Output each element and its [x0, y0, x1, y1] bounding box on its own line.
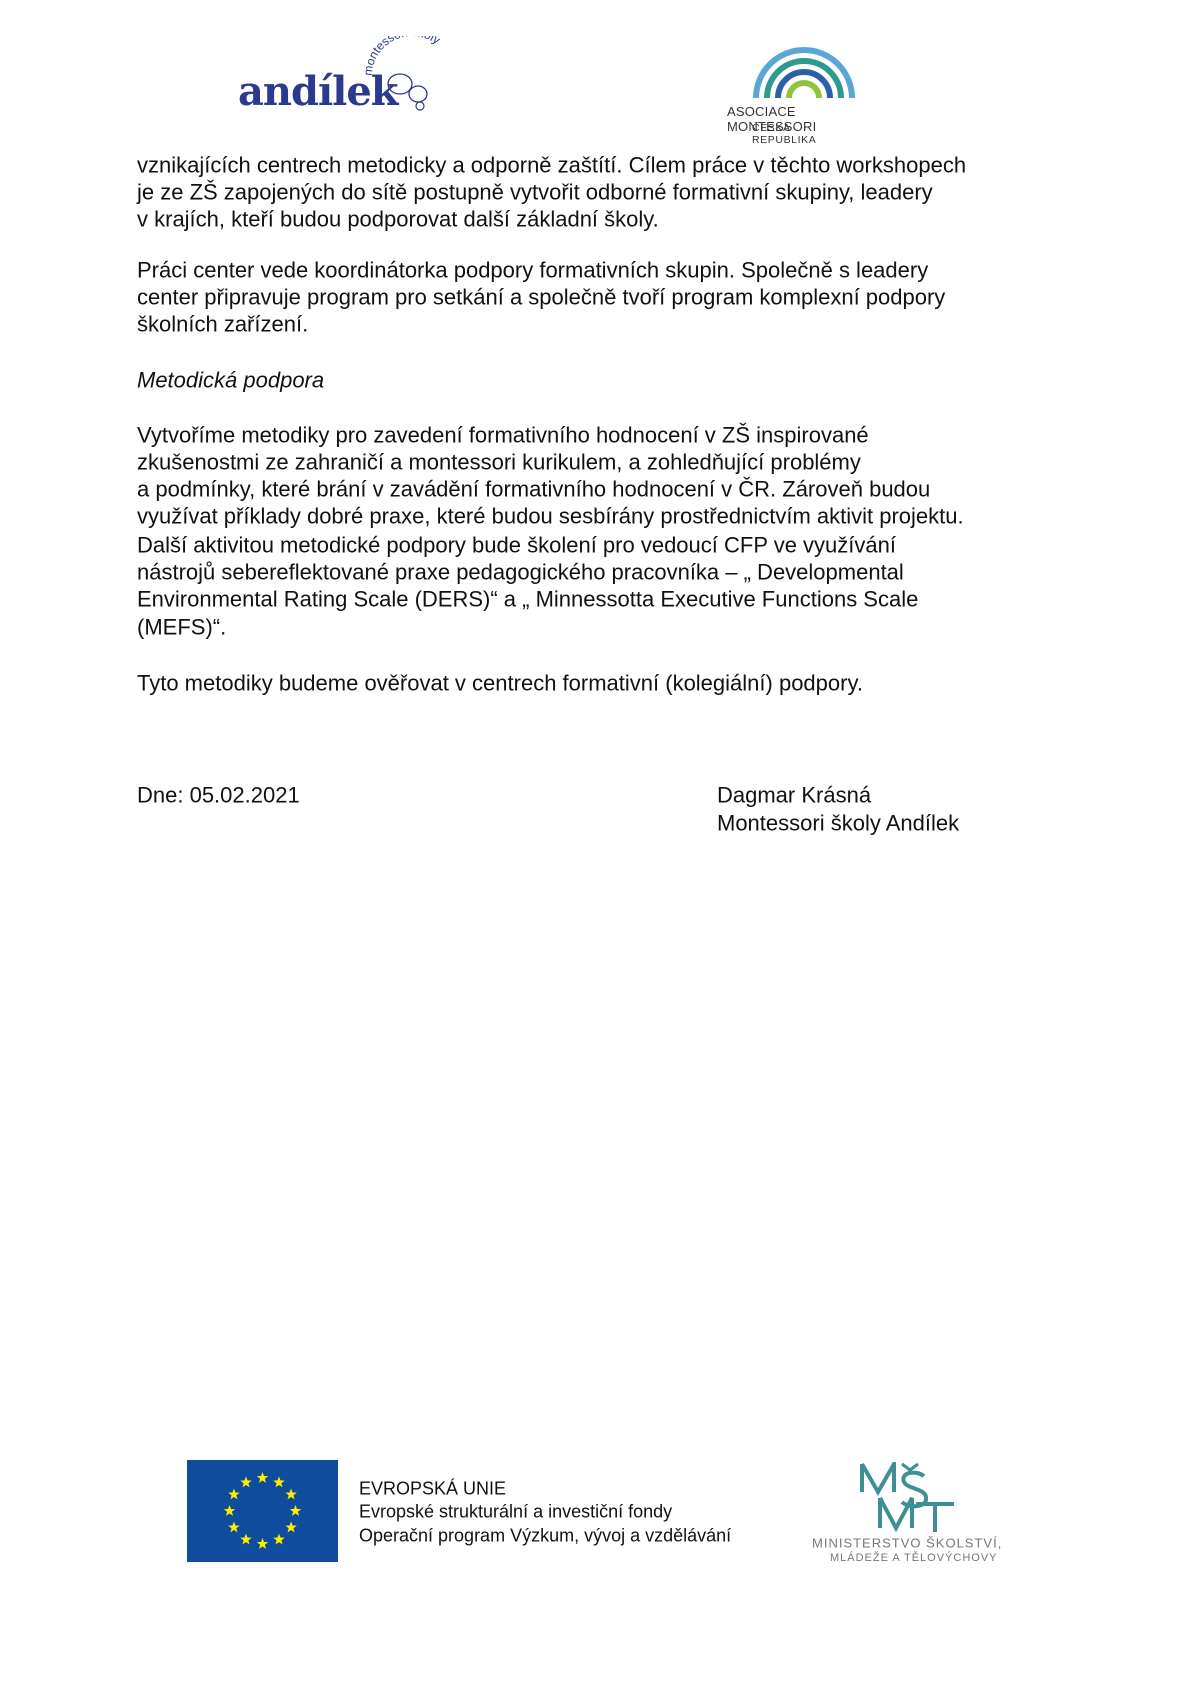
- paragraph-3-line: Environmental Rating Scale (DERS)“ a „ M…: [137, 586, 918, 613]
- eu-line2: Evropské strukturální a investiční fondy: [359, 1502, 672, 1523]
- paragraph-4: Tyto metodiky budeme ověřovat v centrech…: [137, 670, 863, 697]
- paragraph-2-line: Práci center vede koordinátorka podpory …: [137, 257, 928, 284]
- paragraph-1-line: je ze ZŠ zapojených do sítě postupně vyt…: [137, 179, 933, 206]
- paragraph-3-line: Vytvoříme metodiky pro zavedení formativ…: [137, 422, 869, 449]
- paragraph-3-line: zkušenostmi ze zahraničí a montessori ku…: [137, 449, 861, 476]
- paragraph-1-line: vznikajících centrech metodicky a odporn…: [137, 152, 966, 179]
- angel-icon: montessori školy: [360, 36, 470, 126]
- signature-name: Dagmar Krásná: [717, 782, 871, 809]
- eu-flag-icon: [187, 1460, 338, 1562]
- msmt-logo-icon: [858, 1462, 958, 1534]
- msmt-line1: MINISTERSTVO ŠKOLSTVÍ,: [812, 1536, 1002, 1551]
- paragraph-3-line: nástrojů sebereflektované praxe pedagogi…: [137, 559, 904, 586]
- rainbow-icon: [750, 42, 858, 98]
- eu-line1: EVROPSKÁ UNIE: [359, 1479, 506, 1500]
- eu-line3: Operační program Výzkum, vývoj a vzděláv…: [359, 1526, 731, 1547]
- paragraph-2-line: center připravuje program pro setkání a …: [137, 284, 945, 311]
- paragraph-3-line: Další aktivitou metodické podpory bude š…: [137, 532, 896, 559]
- msmt-line2: MLÁDEŽE A TĚLOVÝCHOVY: [830, 1552, 998, 1564]
- paragraph-3-line: a podmínky, které brání v zavádění forma…: [137, 476, 930, 503]
- date: Dne: 05.02.2021: [137, 782, 300, 809]
- paragraph-1-line: v krajích, kteří budou podporovat další …: [137, 206, 659, 233]
- paragraph-2-line: školních zařízení.: [137, 311, 308, 338]
- svg-text:montessori školy: montessori školy: [361, 36, 443, 76]
- signature-organization: Montessori školy Andílek: [717, 810, 959, 837]
- paragraph-3-line: (MEFS)“.: [137, 614, 226, 641]
- paragraph-3-line: využívat příklady dobré praxe, které bud…: [137, 503, 964, 530]
- asociace-line2: ČESKÁ REPUBLIKA: [752, 122, 816, 146]
- section-heading: Metodická podpora: [137, 367, 324, 394]
